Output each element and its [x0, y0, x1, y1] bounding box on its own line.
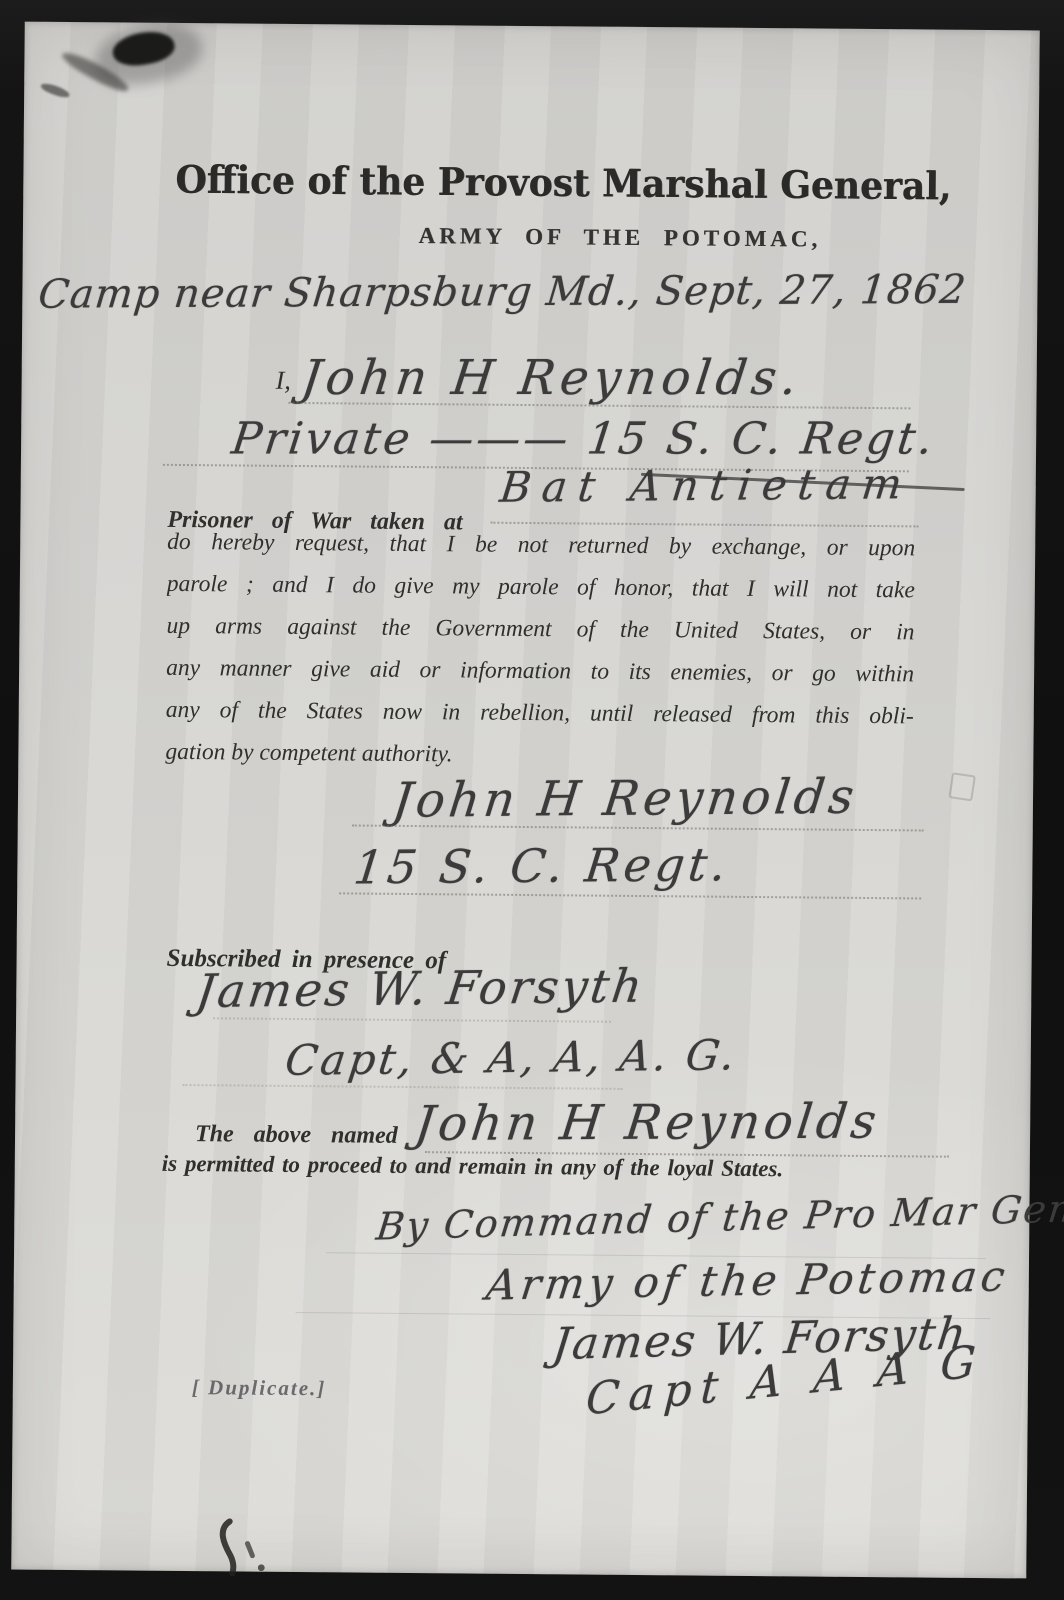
handwritten-rank-unit: Private ——— 15 S. C. Regt.: [229, 413, 938, 464]
duplicate-note: [ Duplicate.]: [192, 1375, 327, 1401]
printed-i-label: I,: [276, 366, 291, 396]
parole-line: up arms against the Government of the Un…: [166, 605, 914, 654]
signature-prisoner-unit: 15 S. C. Regt.: [351, 837, 733, 894]
witness-line-name: [213, 1017, 611, 1022]
parole-line: any manner give aid or information to it…: [166, 647, 914, 696]
signature-witness-name: James W. Forsyth: [193, 959, 648, 1019]
faint-stamp-mark: [948, 772, 976, 801]
ink-smudge-speck: [40, 81, 71, 99]
printed-permission-text: is permitted to proceed to and remain in…: [162, 1151, 784, 1182]
parole-line: parole ; and I do give my parole of hono…: [167, 563, 915, 612]
handwritten-army-of-potomac: Army of the Potomac: [484, 1251, 1012, 1309]
handwritten-prisoner-name: John H Reynolds.: [298, 350, 805, 406]
letterhead-office-line: Office of the Provost Marshal General,: [173, 158, 953, 209]
signature-prisoner-name: John H Reynolds: [390, 769, 861, 829]
document-paper: Office of the Provost Marshal General, A…: [11, 22, 1039, 1579]
ink-mark-bottom: [203, 1517, 314, 1580]
handwritten-dateline: Camp near Sharpsburg Md., Sept, 27, 1862: [36, 267, 969, 318]
parole-line: do hereby request, that I be not returne…: [167, 521, 915, 570]
printed-above-named-label: The above named: [195, 1121, 398, 1150]
parole-paragraph: do hereby request, that I be not returne…: [165, 521, 915, 780]
witness-line-title: [182, 1084, 622, 1090]
signature-line-unit: [339, 892, 921, 899]
letterhead-army-line: ARMY OF THE POTOMAC,: [245, 222, 995, 255]
signature-witness-title: Capt, & A, A, A. G.: [283, 1030, 741, 1085]
parole-line: any of the States now in rebellion, unti…: [166, 689, 914, 738]
handwritten-by-command: By Command of the Pro Mar Genl: [374, 1186, 1064, 1249]
handwritten-above-named-name: John H Reynolds: [412, 1094, 883, 1152]
